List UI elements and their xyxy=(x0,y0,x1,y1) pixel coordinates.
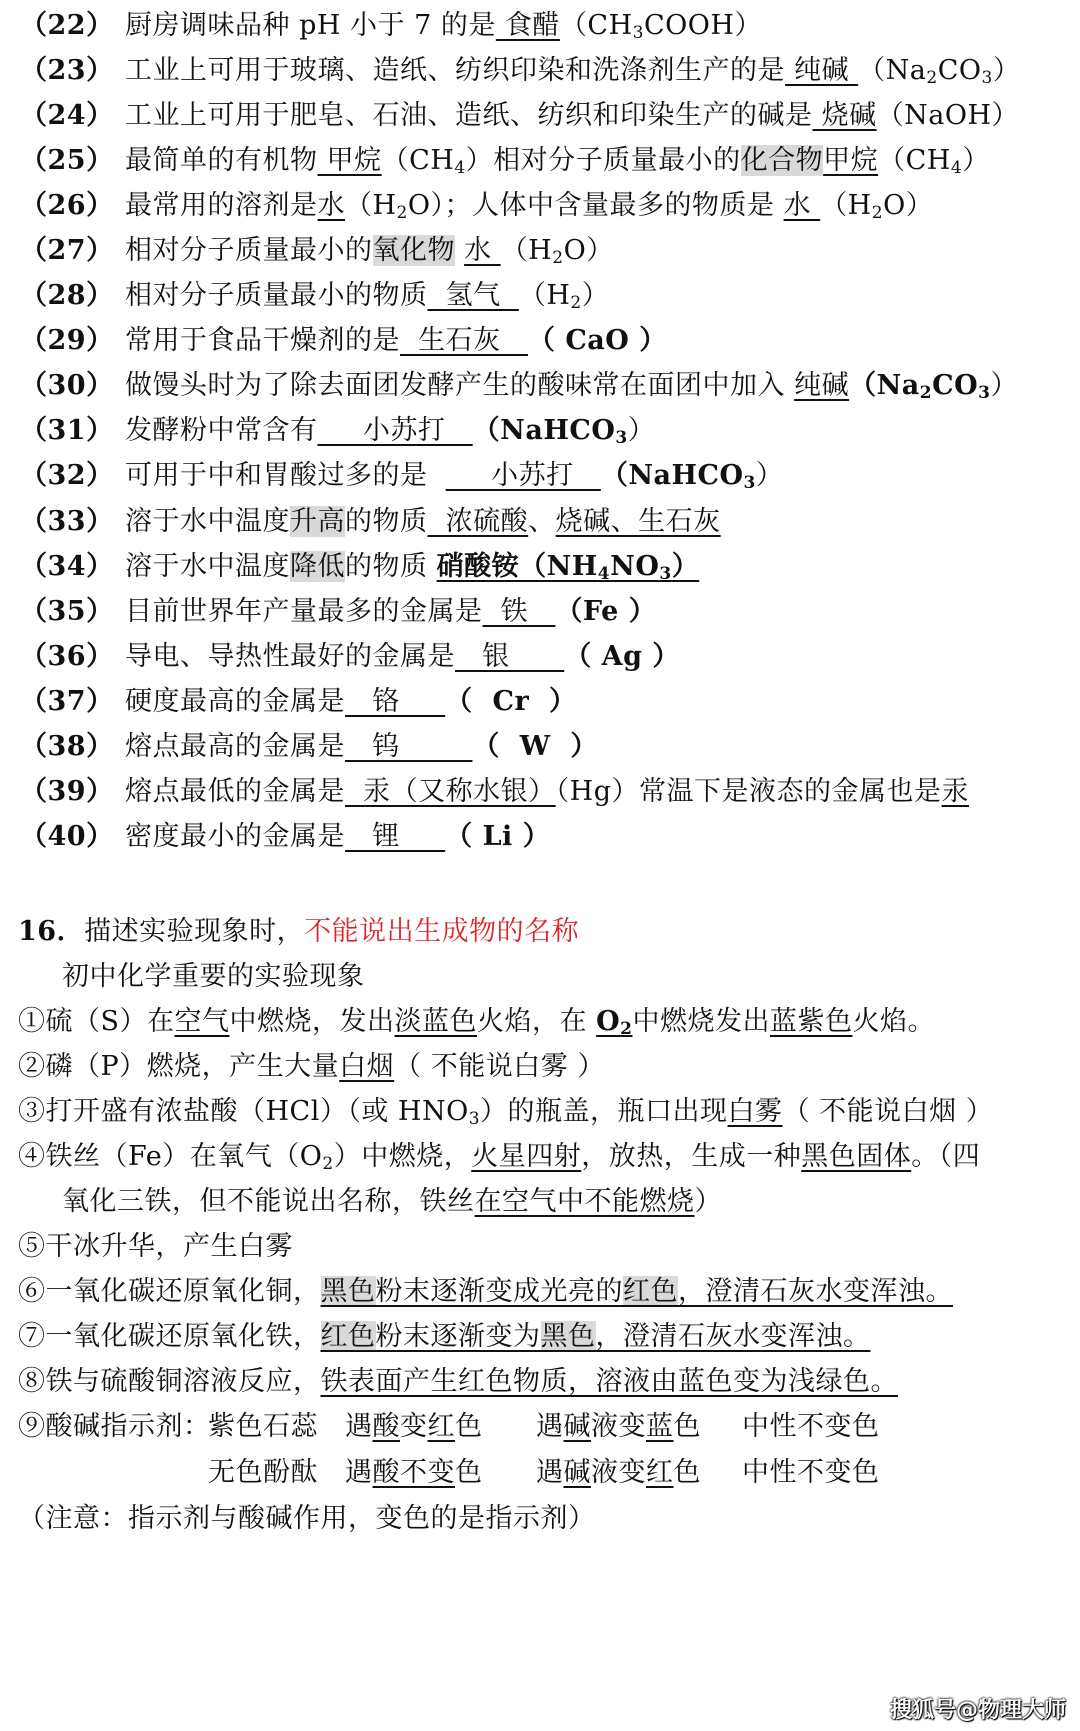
phenomenon-7: ⑦一氧化碳还原氧化铁，红色粉末逐渐变为黑色，澄清石灰水变浑浊。 xyxy=(18,1315,871,1359)
section-16-heading: 16．描述实验现象时，不能说出生成物的名称 xyxy=(18,910,579,954)
indicator-row-phenolphthalein: 无色酚酞 遇酸不变色 遇碱液变红色 中性不变色 xyxy=(18,1451,1078,1495)
fact-text: 工业上可用于玻璃、造纸、纺织印染和洗涤剂生产的是 纯碱 （Na2CO3） xyxy=(125,49,1020,93)
item-number: （23） xyxy=(20,49,114,93)
item-number: （31） xyxy=(20,409,114,453)
item-number: （30） xyxy=(20,364,114,408)
item-number: （36） xyxy=(20,635,114,679)
item-number: （40） xyxy=(20,815,114,859)
item-number: （22） xyxy=(20,4,114,48)
phenomenon-6: ⑥一氧化碳还原氧化铜，黑色粉末逐渐变成光亮的红色，澄清石灰水变浑浊。 xyxy=(18,1270,953,1314)
indicator-name: 紫色石蕊 xyxy=(208,1405,318,1449)
item-number: （27） xyxy=(20,229,114,273)
neutral-reaction: 中性不变色 xyxy=(742,1405,880,1449)
phenomenon-3: ③打开盛有浓盐酸（HCl）（或 HNO3）的瓶盖，瓶口出现白雾（ 不能说白烟 ） xyxy=(18,1090,993,1134)
acid-reaction: 遇酸变红色 xyxy=(345,1405,483,1449)
fact-text: 硬度最高的金属是 铬 （ Cr ） xyxy=(125,680,577,724)
fact-text: 工业上可用于肥皂、石油、造纸、纺织和印染生产的碱是 烧碱（NaOH） xyxy=(125,94,1019,138)
fact-text: 厨房调味品种 pH 小于 7 的是 食醋（CH3COOH） xyxy=(125,4,762,48)
fact-text: 密度最小的金属是 锂 （ Li ） xyxy=(125,815,550,859)
indicator-row-litmus: ⑨酸碱指示剂： 紫色石蕊 遇酸变红色 遇碱液变蓝色 中性不变色 xyxy=(18,1405,1078,1449)
acid-reaction: 遇酸不变色 xyxy=(345,1451,483,1495)
fact-text: 最常用的溶剂是水（H2O）；人体中含量最多的物质是 水 （H2O） xyxy=(125,184,933,228)
fact-text: 溶于水中温度降低的物质 硝酸铵（NH4NO3） xyxy=(125,545,699,589)
fact-text: 最简单的有机物 甲烷（CH4）相对分子质量最小的化合物甲烷（CH4） xyxy=(125,139,990,183)
item-number: （29） xyxy=(20,319,114,363)
section-subtitle: 初中化学重要的实验现象 xyxy=(62,955,365,999)
fact-text: 做馒头时为了除去面团发酵产生的酸味常在面团中加入 纯碱（Na2CO3） xyxy=(125,364,1018,408)
phenomenon-1: ①硫（S）在空气中燃烧，发出淡蓝色火焰，在 O2中燃烧发出蓝紫色火焰。 xyxy=(18,1000,935,1044)
item-number: （38） xyxy=(20,725,114,769)
fact-text: 溶于水中温度升高的物质 浓硫酸、烧碱、生石灰 xyxy=(125,500,721,544)
section-title-warning: 不能说出生成物的名称 xyxy=(304,916,579,947)
watermark: 搜狐号@物理大师 xyxy=(890,1693,1066,1724)
phenomenon-2: ②磷（P）燃烧，产生大量白烟（ 不能说白雾 ） xyxy=(18,1045,605,1089)
fact-text: 熔点最低的金属是 汞（又称水银）（Hg）常温下是液态的金属也是汞 xyxy=(125,770,969,814)
phenomenon-4-continued: 氧化三铁，但不能说出名称，铁丝在空气中不能燃烧） xyxy=(62,1180,722,1224)
neutral-reaction: 中性不变色 xyxy=(742,1451,880,1495)
fact-text: 相对分子质量最小的物质 氢气 （H2） xyxy=(125,274,609,318)
fact-text: 目前世界年产量最多的金属是 铁 （Fe ） xyxy=(125,590,656,634)
indicator-note: （注意：指示剂与酸碱作用，变色的是指示剂） xyxy=(18,1497,596,1541)
item-number: （25） xyxy=(20,139,114,183)
item-number: （26） xyxy=(20,184,114,228)
item-number: （34） xyxy=(20,545,114,589)
fact-text: 可用于中和胃酸过多的是 小苏打 （NaHCO3） xyxy=(125,454,783,498)
item-number: （37） xyxy=(20,680,114,724)
indicator-label: ⑨酸碱指示剂： xyxy=(18,1405,211,1449)
fact-text: 发酵粉中常含有 小苏打 （NaHCO3） xyxy=(125,409,655,453)
document-page: （22） 厨房调味品种 pH 小于 7 的是 食醋（CH3COOH） （23） … xyxy=(0,0,1080,1731)
item-number: （35） xyxy=(20,590,114,634)
phenomenon-4: ④铁丝（Fe）在氧气（O2）中燃烧，火星四射，放热，生成一种黑色固体。（四 xyxy=(18,1135,980,1179)
phenomenon-8: ⑧铁与硫酸铜溶液反应，铁表面产生红色物质，溶液由蓝色变为浅绿色。 xyxy=(18,1360,898,1404)
fact-text: 常用于食品干燥剂的是 生石灰 （ CaO ） xyxy=(125,319,667,363)
base-reaction: 遇碱液变蓝色 xyxy=(536,1405,701,1449)
fact-text: 熔点最高的金属是 钨 （ W ） xyxy=(125,725,598,769)
item-number: （32） xyxy=(20,454,114,498)
indicator-name: 无色酚酞 xyxy=(208,1451,318,1495)
phenomenon-5: ⑤干冰升华，产生白雾 xyxy=(18,1225,293,1269)
fact-text: 导电、导热性最好的金属是 银 （ Ag ） xyxy=(125,635,680,679)
section-title: 描述实验现象时， xyxy=(84,916,304,947)
item-number: （39） xyxy=(20,770,114,814)
item-number: （33） xyxy=(20,500,114,544)
item-number: （28） xyxy=(20,274,114,318)
section-number: 16． xyxy=(18,916,84,947)
item-number: （24） xyxy=(20,94,114,138)
base-reaction: 遇碱液变红色 xyxy=(536,1451,701,1495)
fact-text: 相对分子质量最小的氧化物 水 （H2O） xyxy=(125,229,614,273)
